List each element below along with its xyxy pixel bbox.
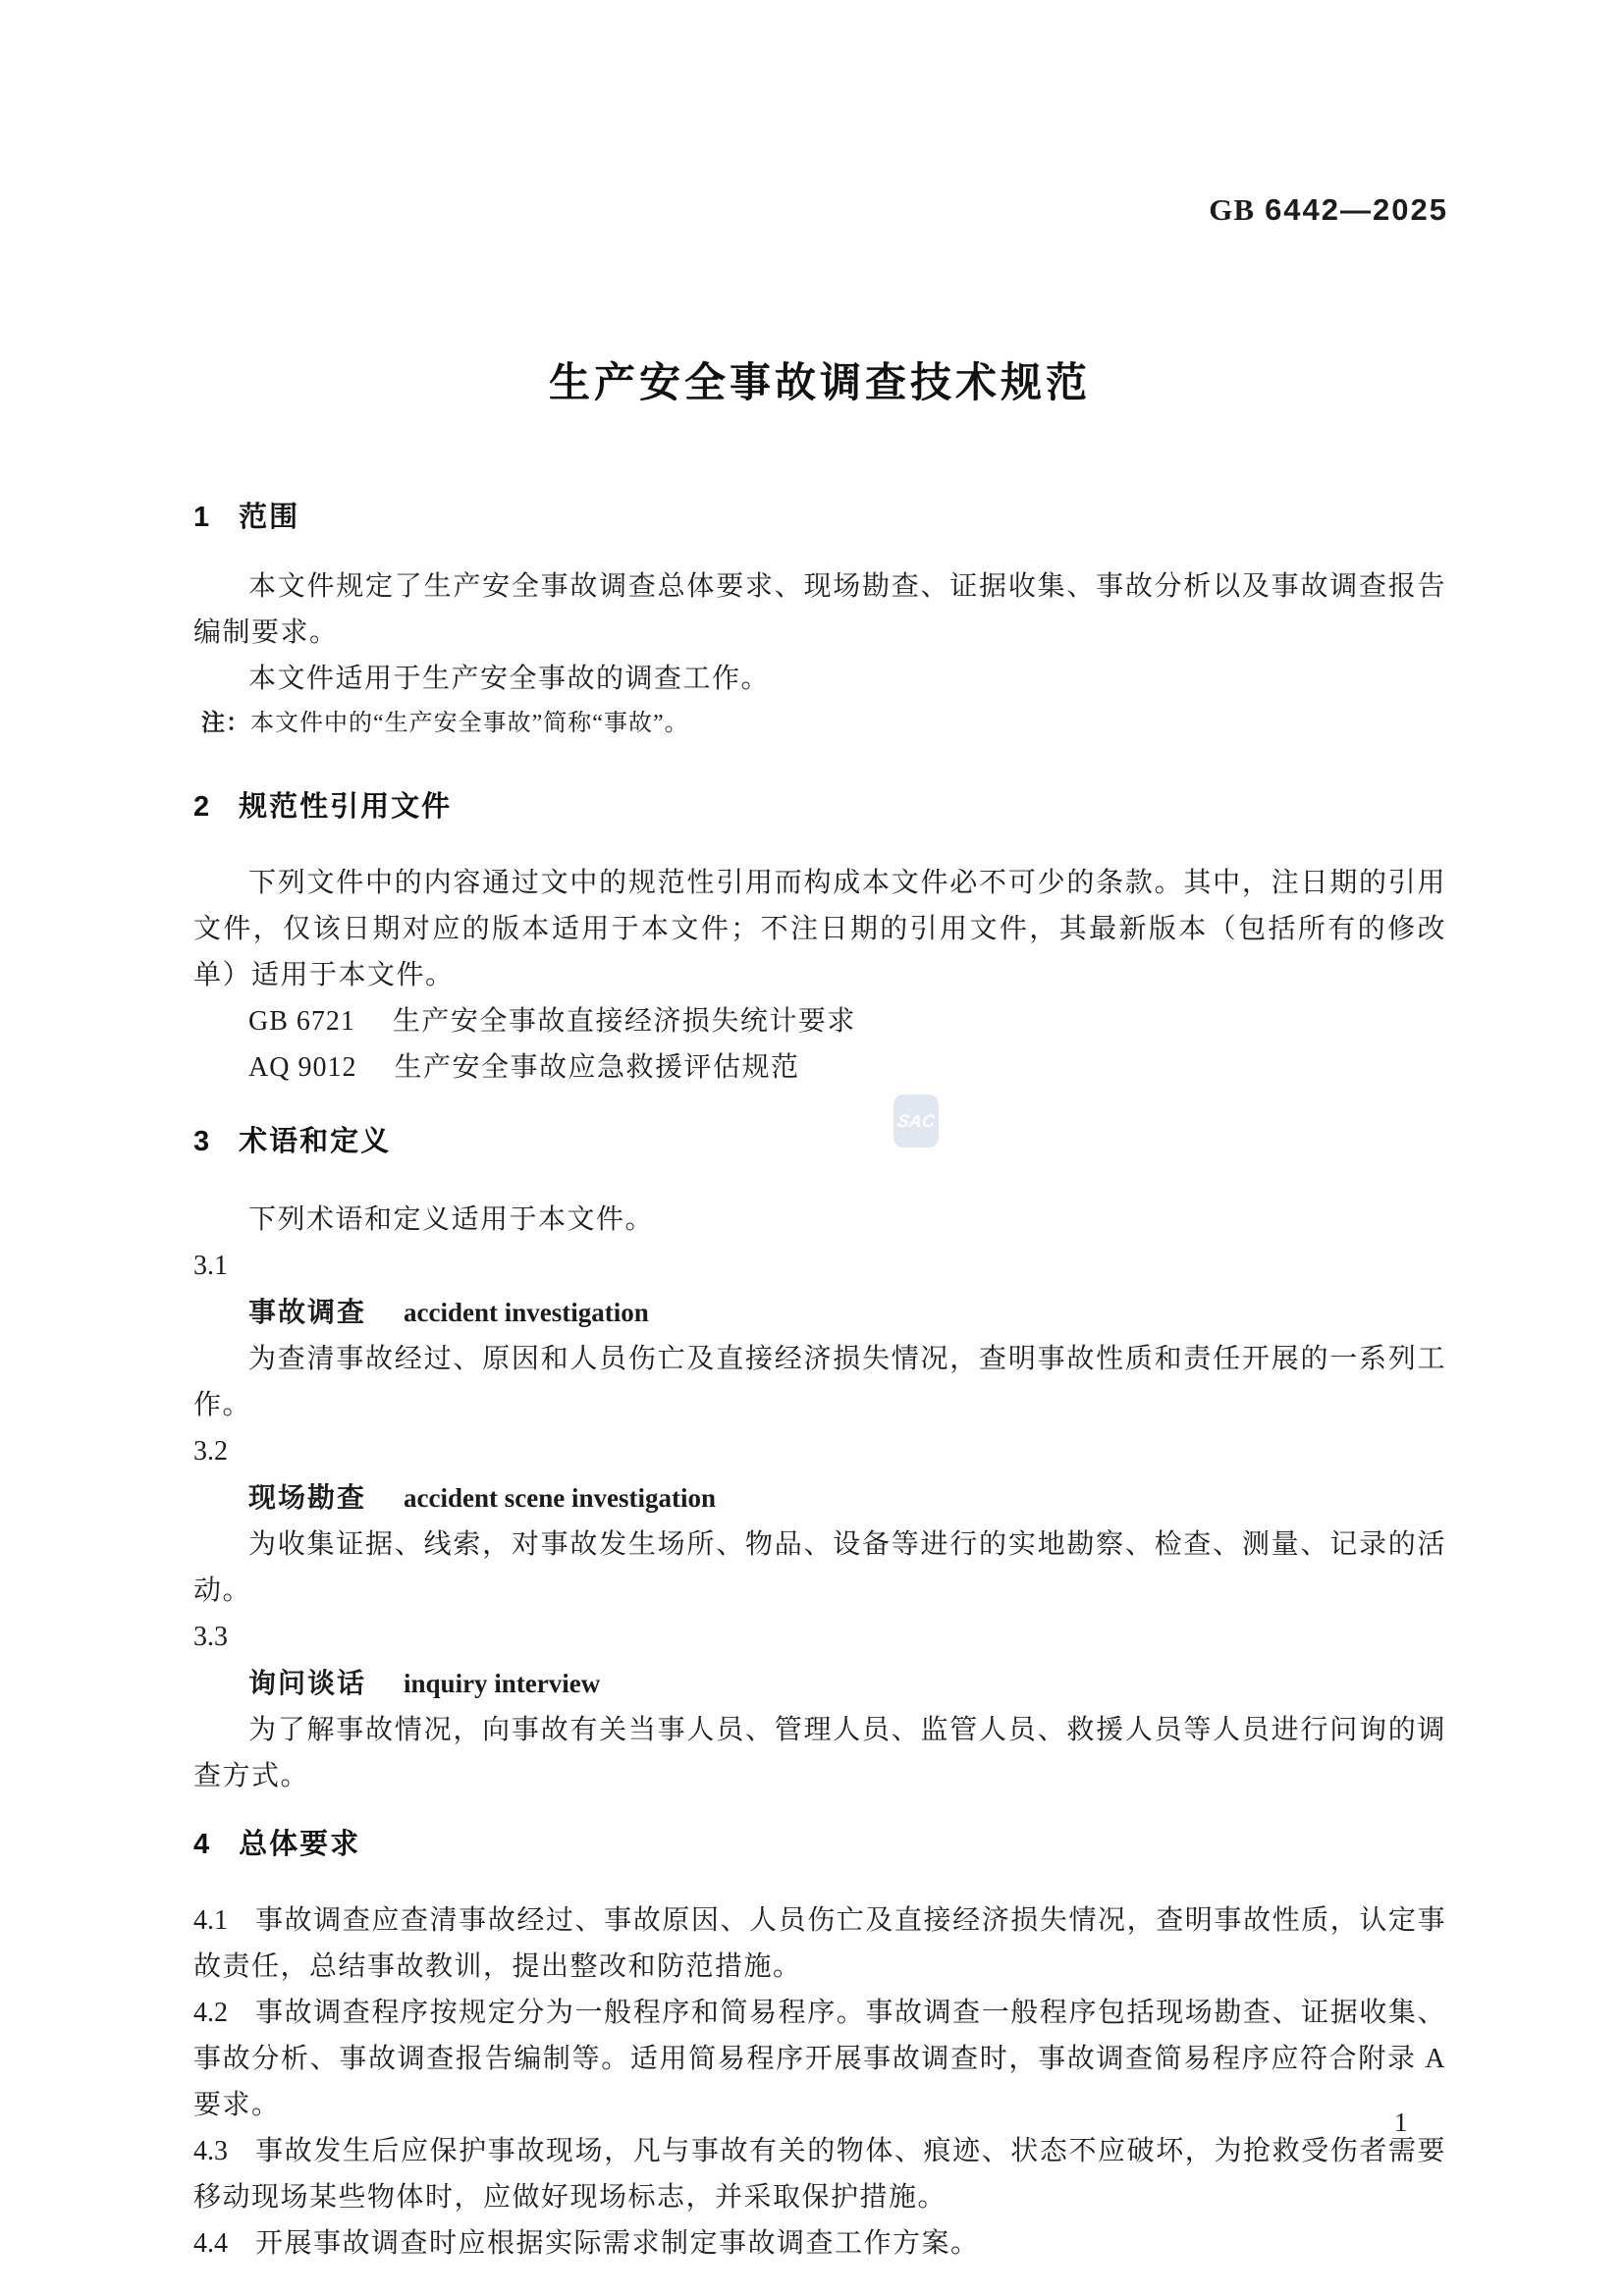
term-1-en: accident investigation <box>404 1298 649 1327</box>
reference-2-title: 生产安全事故应急救援评估规范 <box>394 1052 799 1083</box>
clause-4-4-number: 4.4 <box>193 2228 228 2259</box>
clause-4-4: 4.4开展事故调查时应根据实际需求制定事故调查工作方案。 <box>193 2220 1446 2267</box>
term-2-zh: 现场勘查 <box>248 1482 366 1513</box>
clause-4-3-text: 事故发生后应保护事故现场，凡与事故有关的物体、痕迹、状态不应破坏，为抢救受伤者需… <box>193 2136 1446 2213</box>
page-number: 1 <box>1394 2103 1408 2142</box>
term-2-definition: 为收集证据、线索，对事故发生场所、物品、设备等进行的实地勘察、检查、测量、记录的… <box>193 1522 1446 1614</box>
clause1-heading: 1范围 <box>193 500 1446 535</box>
clause-4-3-number: 4.3 <box>193 2136 228 2166</box>
clause-4-1-number: 4.1 <box>193 1905 228 1936</box>
clause1-heading-text: 范围 <box>239 502 299 533</box>
clause-4-4-text: 开展事故调查时应根据实际需求制定事故调查工作方案。 <box>255 2228 980 2259</box>
reference-item-1: GB 6721生产安全事故直接经济损失统计要求 <box>193 998 1446 1044</box>
reference-1-code: GB 6721 <box>248 1006 355 1037</box>
reference-2-code: AQ 9012 <box>248 1052 356 1083</box>
clause3-heading: 3术语和定义 <box>193 1124 1446 1159</box>
term-1-zh: 事故调查 <box>248 1297 366 1327</box>
clause-4-1-text: 事故调查应查清事故经过、事故原因、人员伤亡及直接经济损失情况，查明事故性质，认定… <box>193 1905 1446 1982</box>
term-3-number: 3.3 <box>193 1614 1446 1660</box>
clause1-number: 1 <box>193 502 209 533</box>
clause1-para2: 本文件适用于生产安全事故的调查工作。 <box>193 656 1446 702</box>
clause4-heading-text: 总体要求 <box>239 1829 360 1860</box>
term-2-en: accident scene investigation <box>404 1483 716 1513</box>
term-3-name: 询问谈话inquiry interview <box>193 1660 1446 1707</box>
term-1-name: 事故调查accident investigation <box>193 1289 1446 1336</box>
term-1-number: 3.1 <box>193 1243 1446 1289</box>
clause2-heading: 2规范性引用文件 <box>193 789 1446 825</box>
clause4-heading: 4总体要求 <box>193 1827 1446 1862</box>
term-2-number: 3.2 <box>193 1428 1446 1474</box>
clause4-number: 4 <box>193 1829 209 1860</box>
reference-1-title: 生产安全事故直接经济损失统计要求 <box>393 1006 856 1037</box>
document-page: GB6442—2025 SAC 生产安全事故调查技术规范 1范围 本文件规定了生… <box>0 0 1624 2296</box>
clause-4-1: 4.1事故调查应查清事故经过、事故原因、人员伤亡及直接经济损失情况，查明事故性质… <box>193 1897 1446 1990</box>
clause1-para1: 本文件规定了生产安全事故调查总体要求、现场勘查、证据收集、事故分析以及事故调查报… <box>193 563 1446 656</box>
term-2-name: 现场勘查accident scene investigation <box>193 1474 1446 1522</box>
term-1-definition: 为查清事故经过、原因和人员伤亡及直接经济损失情况，查明事故性质和责任开展的一系列… <box>193 1336 1446 1428</box>
clause-4-3: 4.3事故发生后应保护事故现场，凡与事故有关的物体、痕迹、状态不应破坏，为抢救受… <box>193 2128 1446 2220</box>
clause2-heading-text: 规范性引用文件 <box>239 791 452 823</box>
term-3-definition: 为了解事故情况，向事故有关当事人员、管理人员、监管人员、救援人员等人员进行问询的… <box>193 1707 1446 1799</box>
note-label: 注： <box>201 710 250 736</box>
term-3-zh: 询问谈话 <box>248 1668 366 1698</box>
clause-4-2: 4.2事故调查程序按规定分为一般程序和简易程序。事故调查一般程序包括现场勘查、证… <box>193 1990 1446 2128</box>
clause2-para1: 下列文件中的内容通过文中的规范性引用而构成本文件必不可少的条款。其中，注日期的引… <box>193 860 1446 998</box>
clause3-intro: 下列术语和定义适用于本文件。 <box>193 1197 1446 1243</box>
clause3-number: 3 <box>193 1126 209 1157</box>
clause1-note: 注：本文件中的“生产安全事故”简称“事故”。 <box>201 704 1446 743</box>
clause-4-2-number: 4.2 <box>193 1998 228 2028</box>
document-title: 生产安全事故调查技术规范 <box>193 359 1446 406</box>
clause-4-2-text: 事故调查程序按规定分为一般程序和简易程序。事故调查一般程序包括现场勘查、证据收集… <box>193 1998 1446 2120</box>
term-3-en: inquiry interview <box>404 1669 600 1698</box>
document-content: 生产安全事故调查技术规范 1范围 本文件规定了生产安全事故调查总体要求、现场勘查… <box>193 0 1446 2267</box>
reference-item-2: AQ 9012生产安全事故应急救援评估规范 <box>193 1044 1446 1091</box>
note-text: 本文件中的“生产安全事故”简称“事故”。 <box>250 711 689 736</box>
clause2-number: 2 <box>193 791 209 823</box>
clause3-heading-text: 术语和定义 <box>239 1126 391 1157</box>
